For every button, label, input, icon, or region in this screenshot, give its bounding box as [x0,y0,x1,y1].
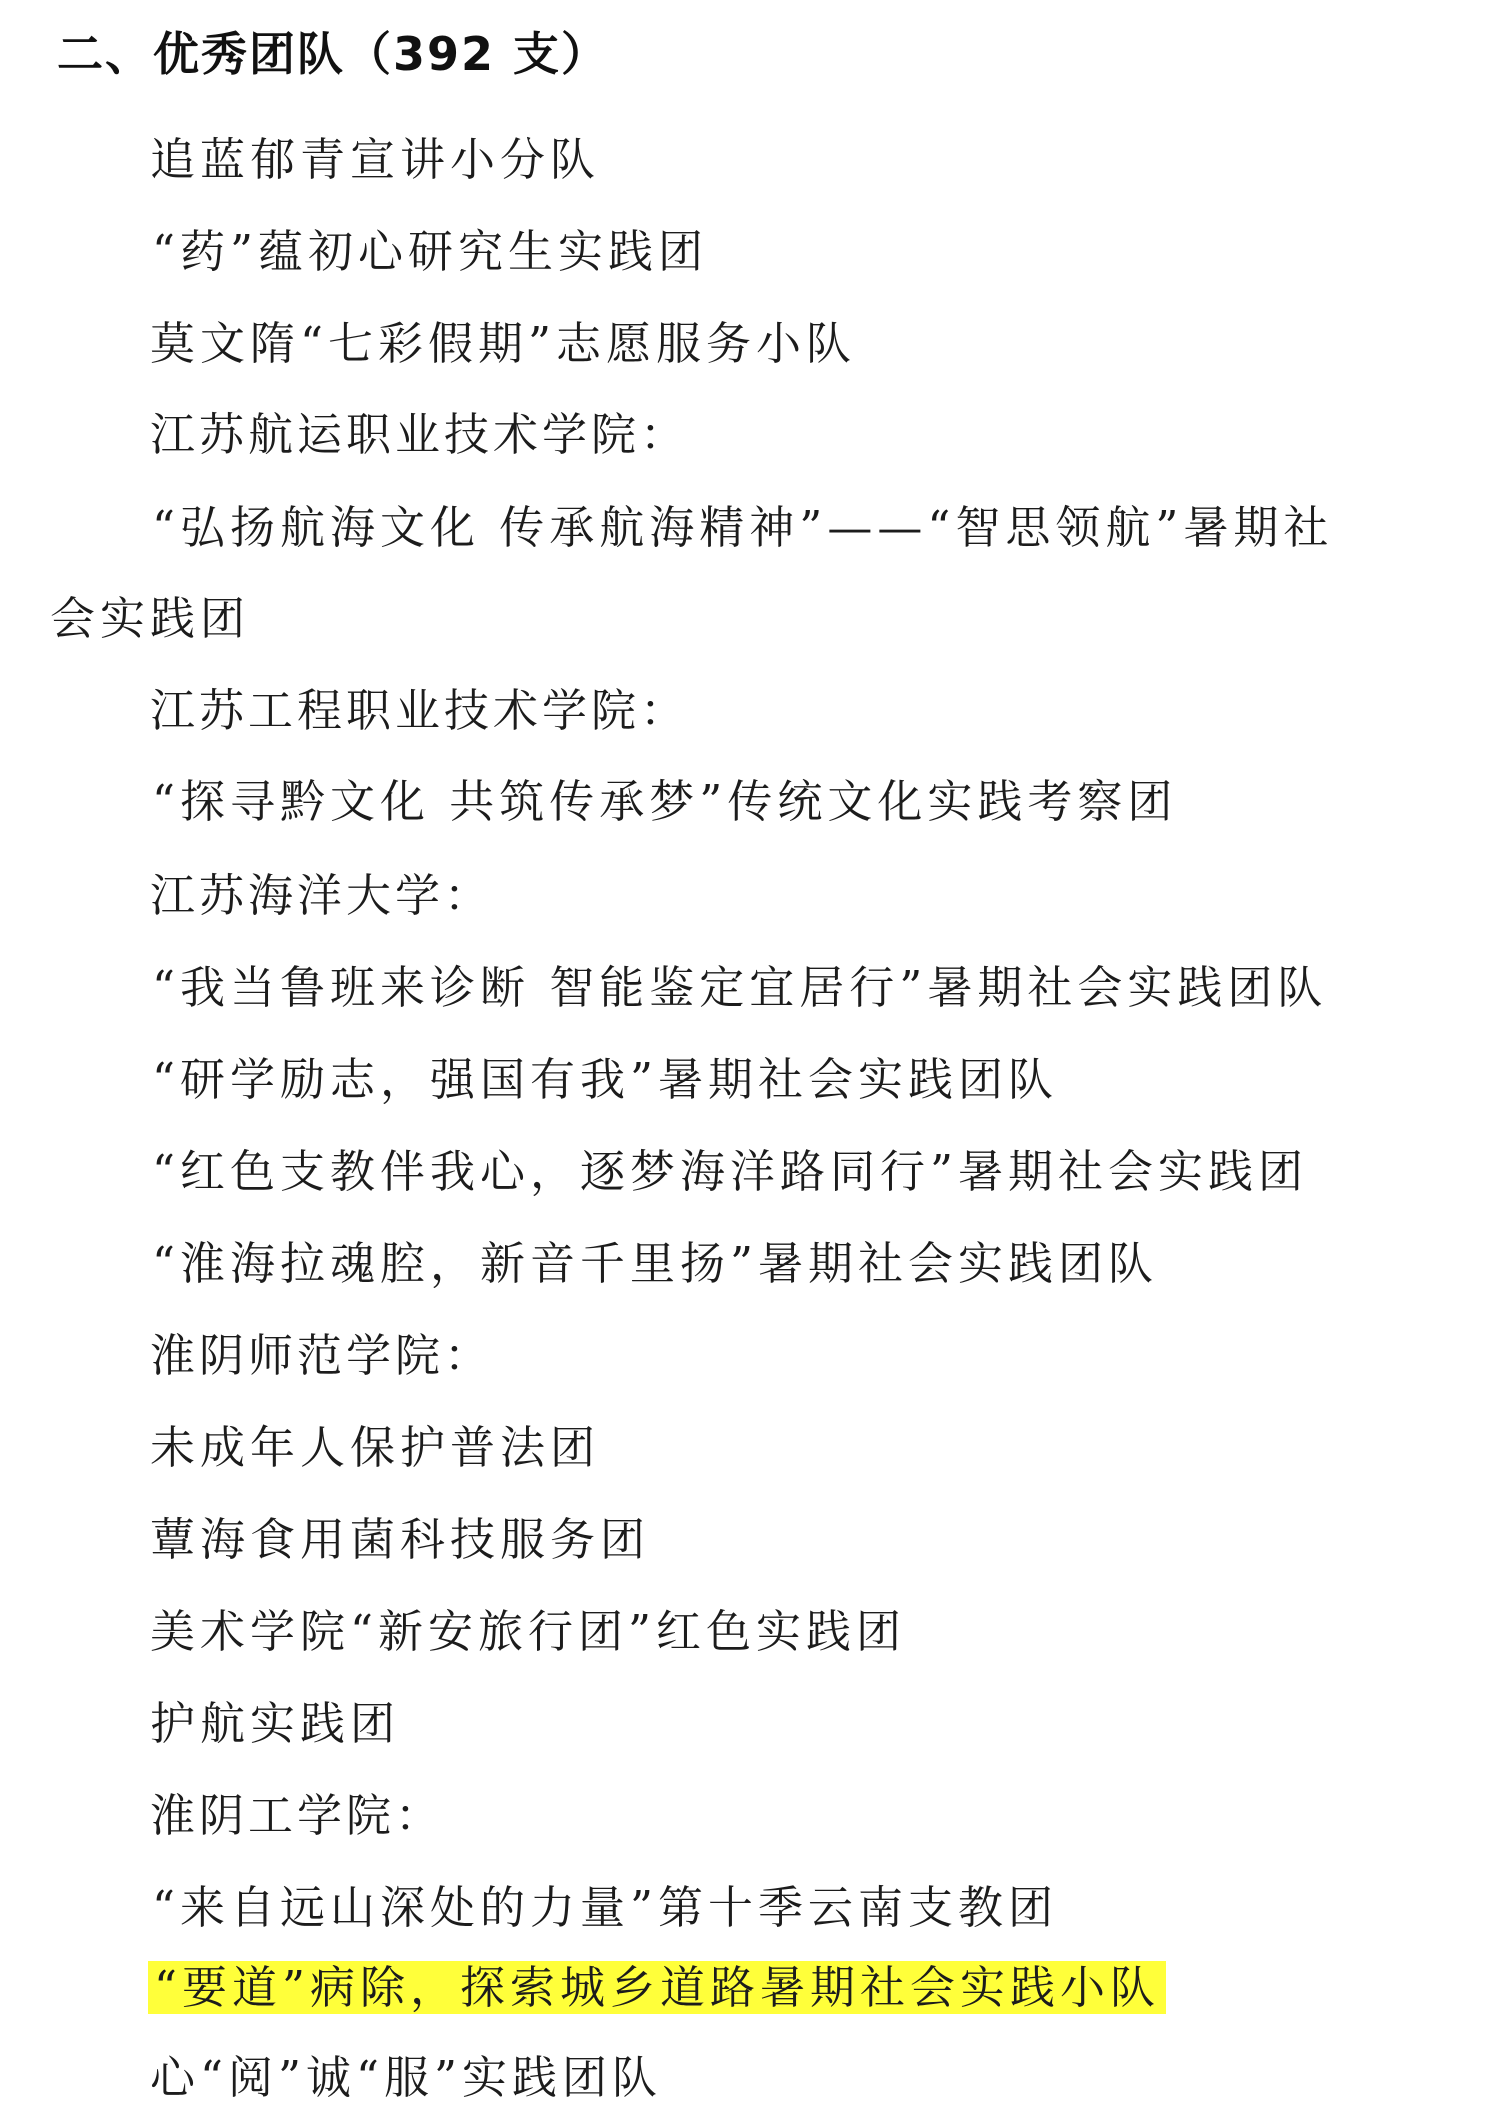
organization-label: 淮阴工学院： [150,1786,444,1846]
organization-label: 江苏工程职业技术学院： [150,681,689,741]
team-item: 未成年人保护普法团 [150,1418,600,1478]
organization-label: 江苏海洋大学： [150,866,493,926]
team-item-highlighted: “要道”病除，探索城乡道路暑期社会实践小队 [154,1958,1166,2018]
team-item: “红色支教伴我心，逐梦海洋路同行”暑期社会实践团 [152,1142,1308,1202]
organization-label: 淮阴师范学院： [150,1326,493,1386]
document-page: 二、优秀团队（392 支） 追蓝郁青宣讲小分队 “药”蕴初心研究生实践团 莫文隋… [0,0,1496,2116]
team-item: “弘扬航海文化 传承航海精神”——“智思领航”暑期社 [152,498,1333,558]
team-item: “研学励志，强国有我”暑期社会实践团队 [152,1050,1058,1110]
team-item: 心“阅”诚“服”实践团队 [150,2048,662,2108]
text-highlight: “要道”病除，探索城乡道路暑期社会实践小队 [148,1961,1166,2014]
team-item: “我当鲁班来诊断 智能鉴定宜居行”暑期社会实践团队 [152,958,1327,1018]
team-item: “淮海拉魂腔，新音千里扬”暑期社会实践团队 [152,1234,1158,1294]
team-item-continuation: 会实践团 [50,589,250,649]
team-item: “探寻黔文化 共筑传承梦”传统文化实践考察团 [152,772,1177,832]
team-item: 护航实践团 [150,1694,400,1754]
team-item: “药”蕴初心研究生实践团 [152,222,708,282]
team-item: 美术学院“新安旅行团”红色实践团 [150,1602,906,1662]
team-item: 蕈海食用菌科技服务团 [150,1510,650,1570]
organization-label: 江苏航运职业技术学院： [150,405,689,465]
team-item: 莫文隋“七彩假期”志愿服务小队 [150,314,856,374]
team-item: “来自远山深处的力量”第十季云南支教团 [152,1878,1058,1938]
team-item: 追蓝郁青宣讲小分队 [150,130,600,190]
section-heading: 二、优秀团队（392 支） [57,22,609,86]
